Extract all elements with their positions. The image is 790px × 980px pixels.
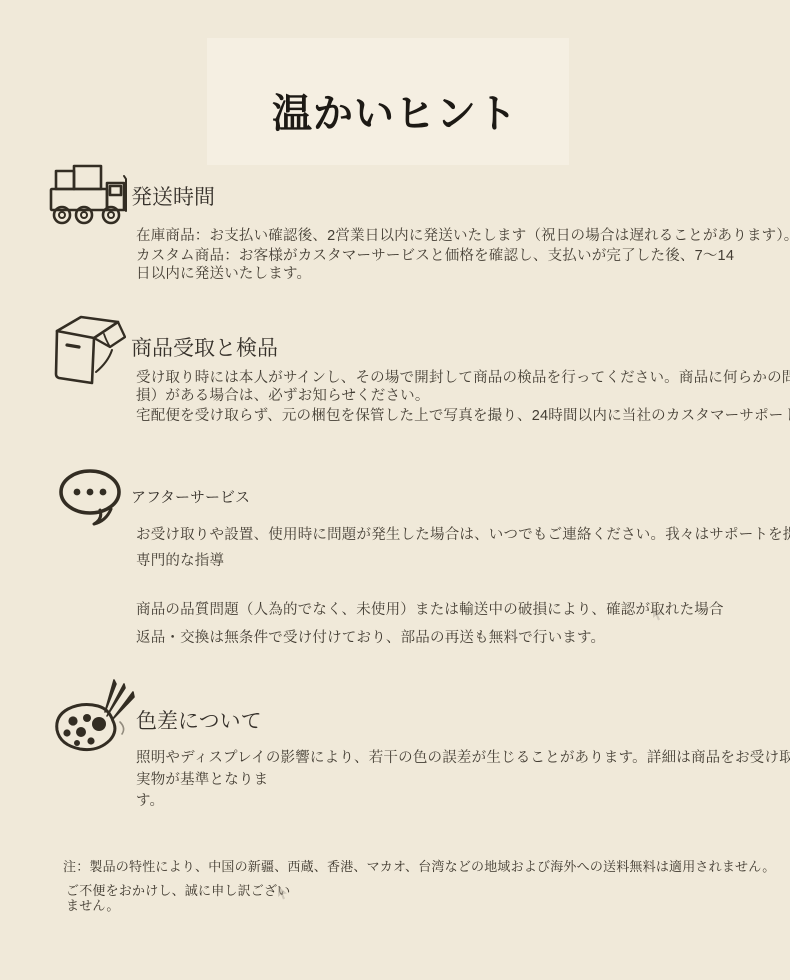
truck-icon (48, 162, 128, 226)
box-icon (46, 310, 126, 390)
body-line: 照明やディスプレイの影響により、若干の色の誤差が生じることがあります。詳細は商品… (136, 746, 790, 767)
speech-bubble-icon (56, 466, 128, 528)
body-line: 実物が基準となりま (136, 768, 268, 789)
body-line: 返品・交換は無条件で受け付けており、部品の再送も無料で行います。 (136, 626, 605, 647)
body-line: 商品の品質問題（人為的でなく、未使用）または輸送中の破損により、確認が取れた場合 (136, 598, 724, 619)
body-line: 在庫商品：お支払い確認後、2営業日以内に発送いたします（祝日の場合は遅れることが… (136, 224, 790, 245)
warm-hints-page: 温かいヒント 発送時間 在庫商品：お支払い確認後、2営業日以内に発送いたします（… (0, 0, 790, 980)
section-heading: 色差について (136, 705, 262, 735)
section-heading: 商品受取と検品 (131, 332, 278, 362)
footer-line: ません。 (66, 895, 120, 914)
section-heading: 発送時間 (131, 181, 215, 211)
body-line: 専門的な指導 (136, 549, 224, 570)
body-line: お受け取りや設置、使用時に問題が発生した場合は、いつでもご連絡ください。我々はサ… (136, 523, 790, 544)
cursor-artifact (277, 885, 291, 901)
body-line: 日以内に発送いたします。 (136, 262, 311, 283)
footer-line: 注：製品の特性により、中国の新疆、西蔵、香港、マカオ、台湾などの地域および海外へ… (63, 856, 775, 875)
body-line: 宅配便を受け取らず、元の梱包を保管した上で写真を撮り、24時間以内に当社のカスタ… (136, 404, 790, 425)
palette-icon (50, 676, 138, 756)
section-heading: アフターサービス (131, 486, 250, 507)
body-line: 損）がある場合は、必ずお知らせください。 (136, 384, 430, 405)
body-line: す。 (136, 789, 164, 810)
page-title: 温かいヒント (0, 82, 790, 139)
cursor-artifact (652, 606, 666, 622)
